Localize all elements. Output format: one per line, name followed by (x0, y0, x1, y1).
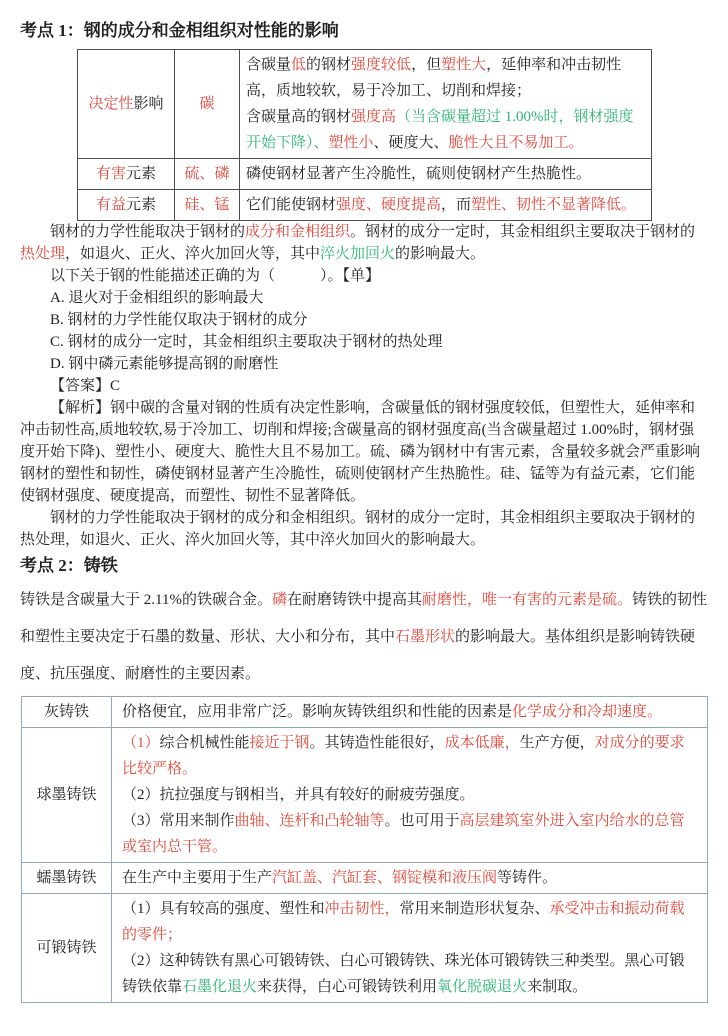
text-segment: 脆性大且不易加工。 (449, 135, 584, 151)
cast-iron-row-2: 球墨铸铁（1）综合机械性能接近于钢。其铸造性能很好，成本低廉，生产方便，对成分的… (22, 728, 708, 863)
text-segment: 含碳量高的钢材 (246, 109, 351, 125)
element-cell: 硅、锰 (175, 190, 240, 221)
text-segment: 汽缸盖、汽缸套、钢锭模和液压阀 (272, 870, 497, 886)
text-segment: 含碳量 (246, 57, 291, 73)
text-segment: 铸铁是含碳量大于 2.11%的铁碳合金。 (20, 592, 272, 608)
option-a: A. 退火对于金相组织的影响最大 (20, 287, 708, 309)
summary-paragraph: 钢材的力学性能取决于钢材的成分和金相组织。钢材的成分一定时，其金相组织主要取决于… (20, 221, 708, 265)
cast-iron-description-cell: （1）综合机械性能接近于钢。其铸造性能很好，成本低廉，生产方便，对成分的要求比较… (112, 728, 708, 863)
cast-iron-intro: 铸铁是含碳量大于 2.11%的铁碳合金。磷在耐磨铸铁中提高其耐磨性，唯一有害的元… (20, 582, 708, 693)
option-c: C. 钢材的成分一定时，其金相组织主要取决于钢材的热处理 (20, 331, 708, 353)
text-segment: 有益 (96, 197, 126, 213)
text-segment: 元素 (126, 197, 156, 213)
text-segment: 、硬度大、 (374, 135, 449, 151)
text-segment: A. 退火对于金相组织的影响最大 (50, 290, 263, 306)
steel-table-row-3: 有益元素硅、锰它们能使钢材强度、硬度提高，而塑性、韧性不显著降低。 (78, 190, 652, 221)
text-segment: 碳 (199, 96, 214, 112)
text-segment: 的钢材 (306, 57, 351, 73)
text-segment: 强度、硬度提高 (336, 197, 441, 213)
cast-iron-description-paragraph: （2）这种铸铁有黑心可锻铸铁、白心可锻铸铁、珠光体可锻铸铁三种类型。黑心可锻铸铁… (122, 948, 697, 1000)
effect-description-cell: 它们能使钢材强度、硬度提高，而塑性、韧性不显著降低。 (240, 190, 652, 221)
text-segment: C. 钢材的成分一定时，其金相组织主要取决于钢材的热处理 (50, 334, 443, 350)
effect-paragraph: 磷使钢材显著产生冷脆性，硫则使钢材产生热脆性。 (246, 161, 645, 187)
cast-iron-description-paragraph: （2）抗拉强度与钢相当，并具有较好的耐疲劳强度。 (122, 782, 697, 808)
text-segment: 石墨化退火 (182, 979, 257, 995)
analysis-paragraph: 【解析】钢中碳的含量对钢的性质有决定性影响，含碳量低的钢材强度较低，但塑性大，延… (20, 397, 708, 507)
text-segment: 。也可用于 (385, 813, 460, 829)
document-page: 考点 1：钢的成分和金相组织对性能的影响 决定性影响碳含碳量低的钢材强度较低，但… (0, 0, 728, 1036)
text-segment: 硫、磷 (184, 166, 229, 182)
text-segment: 化学成分和冷却速度。 (512, 704, 662, 720)
cast-iron-type-label: 球墨铸铁 (22, 728, 112, 863)
option-d: D. 钢中磷元素能够提高钢的耐磨性 (20, 353, 708, 375)
cast-iron-row-1: 灰铸铁价格便宜，应用非常广泛。影响灰铸铁组织和性能的因素是化学成分和冷却速度。 (22, 697, 708, 728)
effect-paragraph: 含碳量高的钢材强度高（当含碳量超过 1.00%时，钢材强度开始下降）、塑性小、硬… (246, 104, 645, 156)
text-segment: 强度较低 (351, 57, 411, 73)
steel-table-row-2: 有害元素硫、磷磷使钢材显著产生冷脆性，硫则使钢材产生热脆性。 (78, 159, 652, 190)
text-segment: （2）抗拉强度与钢相当，并具有较好的耐疲劳强度。 (122, 787, 475, 803)
influence-type-cell: 有益元素 (78, 190, 175, 221)
steel-composition-table-body: 决定性影响碳含碳量低的钢材强度较低，但塑性大，延伸率和冲击韧性高，质地较软，易于… (78, 50, 652, 221)
text-segment: 决定性 (88, 96, 133, 112)
text-segment: 钢材的力学性能取决于钢材的 (50, 224, 245, 240)
effect-description-cell: 磷使钢材显著产生冷脆性，硫则使钢材产生热脆性。 (240, 159, 652, 190)
text-segment: 钢材的力学性能取决于钢材的成分和金相组织。钢材的成分一定时，其金相组织主要取决于… (20, 510, 695, 548)
cast-iron-row-3: 蠕墨铸铁在生产中主要用于生产汽缸盖、汽缸套、钢锭模和液压阀等铸件。 (22, 863, 708, 894)
question-answer-section: 钢材的力学性能取决于钢材的成分和金相组织。钢材的成分一定时，其金相组织主要取决于… (20, 221, 708, 551)
text-segment: 在耐磨铸铁中提高其 (287, 592, 422, 608)
cast-iron-description-paragraph: 价格便宜，应用非常广泛。影响灰铸铁组织和性能的因素是化学成分和冷却速度。 (122, 699, 697, 725)
text-segment: 【答案】C (50, 378, 120, 394)
element-cell: 硫、磷 (175, 159, 240, 190)
cast-iron-description-cell: 在生产中主要用于生产汽缸盖、汽缸套、钢锭模和液压阀等铸件。 (112, 863, 708, 894)
text-segment: 热处理 (20, 246, 65, 262)
effect-description-cell: 含碳量低的钢材强度较低，但塑性大，延伸率和冲击韧性高，质地较软，易于冷加工、切削… (240, 50, 652, 159)
answer-line: 【答案】C (20, 375, 708, 397)
effect-paragraph: 含碳量低的钢材强度较低，但塑性大，延伸率和冲击韧性高，质地较软，易于冷加工、切削… (246, 52, 645, 104)
element-cell: 碳 (175, 50, 240, 159)
exam-point-2-heading: 考点 2：铸铁 (20, 555, 708, 577)
cast-iron-description-cell: 价格便宜，应用非常广泛。影响灰铸铁组织和性能的因素是化学成分和冷却速度。 (112, 697, 708, 728)
text-segment: 的影响最大。 (395, 246, 485, 262)
cast-iron-row-4: 可锻铸铁（1）具有较高的强度、塑性和冲击韧性，常用来制造形状复杂、承受冲击和振动… (22, 894, 708, 1003)
steel-table-row-1: 决定性影响碳含碳量低的钢材强度较低，但塑性大，延伸率和冲击韧性高，质地较软，易于… (78, 50, 652, 159)
text-segment: 塑性大 (441, 57, 486, 73)
influence-type-cell: 有害元素 (78, 159, 175, 190)
effect-paragraph: 它们能使钢材强度、硬度提高，而塑性、韧性不显著降低。 (246, 192, 645, 218)
cast-iron-type-label: 可锻铸铁 (22, 894, 112, 1003)
text-segment: 来制取。 (527, 979, 587, 995)
cast-iron-description-paragraph: （1）综合机械性能接近于钢。其铸造性能很好，成本低廉，生产方便，对成分的要求比较… (122, 730, 697, 782)
text-segment: ，如退火、正火、淬火加回火等，其中 (65, 246, 320, 262)
text-segment: 强度高 (351, 109, 396, 125)
text-segment: 硅、锰 (184, 197, 229, 213)
text-segment: B. 钢材的力学性能仅取决于钢材的成分 (50, 312, 308, 328)
text-segment: 塑性小 (329, 135, 374, 151)
cast-iron-intro-paragraph: 铸铁是含碳量大于 2.11%的铁碳合金。磷在耐磨铸铁中提高其耐磨性，唯一有害的元… (20, 582, 708, 693)
text-segment: 耐磨性，唯一有害的元素是硫。 (422, 592, 632, 608)
text-segment: 。钢材的成分一定时，其金相组织主要取决于钢材的 (350, 224, 695, 240)
text-segment: 塑性、韧性不显著降低。 (471, 197, 636, 213)
cast-iron-table-body: 灰铸铁价格便宜，应用非常广泛。影响灰铸铁组织和性能的因素是化学成分和冷却速度。球… (22, 697, 708, 1003)
text-segment: 石墨形状 (395, 629, 455, 645)
text-segment: 它们能使钢材 (246, 197, 336, 213)
text-segment: 氧化脱碳退火 (437, 979, 527, 995)
text-segment: 成分和金相组织 (245, 224, 350, 240)
exam-point-1-heading: 考点 1：钢的成分和金相组织对性能的影响 (20, 20, 708, 42)
cast-iron-description-paragraph: 在生产中主要用于生产汽缸盖、汽缸套、钢锭模和液压阀等铸件。 (122, 865, 697, 891)
text-segment: 低 (291, 57, 306, 73)
text-segment: 磷 (272, 592, 287, 608)
text-segment: 元素 (126, 166, 156, 182)
text-segment: 常用来制造形状复杂、 (400, 901, 550, 917)
cast-iron-table: 灰铸铁价格便宜，应用非常广泛。影响灰铸铁组织和性能的因素是化学成分和冷却速度。球… (21, 696, 708, 1003)
text-segment: 冲击韧性， (325, 901, 400, 917)
text-segment: 。其铸造性能很好， (310, 735, 445, 751)
cast-iron-type-label: 蠕墨铸铁 (22, 863, 112, 894)
text-segment: 生产方便， (520, 735, 595, 751)
text-segment: ，而 (441, 197, 471, 213)
text-segment: 磷使钢材显著产生冷脆性，硫则使钢材产生热脆性。 (246, 166, 591, 182)
text-segment: ，但 (411, 57, 441, 73)
cast-iron-description-paragraph: （3）常用来制作曲轴、连杆和凸轮轴等。也可用于高层建筑室外进入室内给水的总管或室… (122, 808, 697, 860)
cast-iron-type-label: 灰铸铁 (22, 697, 112, 728)
influence-type-cell: 决定性影响 (78, 50, 175, 159)
steel-composition-table: 决定性影响碳含碳量低的钢材强度较低，但塑性大，延伸率和冲击韧性高，质地较软，易于… (77, 49, 652, 221)
text-segment: 曲轴、连杆和凸轮轴等 (235, 813, 385, 829)
text-segment: 成本低廉， (445, 735, 520, 751)
text-segment: D. 钢中磷元素能够提高钢的耐磨性 (50, 356, 278, 372)
text-segment: 淬火加回火 (320, 246, 395, 262)
text-segment: 等铸件。 (497, 870, 557, 886)
text-segment: 来获得，白心可锻铸铁利用 (257, 979, 437, 995)
text-segment: （1） (122, 735, 160, 751)
question-stem: 以下关于钢的性能描述正确的为（ ）。【单】 (20, 265, 708, 287)
cast-iron-description-cell: （1）具有较高的强度、塑性和冲击韧性，常用来制造形状复杂、承受冲击和振动荷载的零… (112, 894, 708, 1003)
text-segment: 在生产中主要用于生产 (122, 870, 272, 886)
text-segment: （1）具有较高的强度、塑性和 (122, 901, 325, 917)
option-b: B. 钢材的力学性能仅取决于钢材的成分 (20, 309, 708, 331)
text-segment: 影响 (134, 96, 164, 112)
text-segment: 【解析】钢中碳的含量对钢的性质有决定性影响，含碳量低的钢材强度较低，但塑性大，延… (20, 400, 700, 504)
text-segment: 综合机械性能 (160, 735, 250, 751)
text-segment: 有害 (96, 166, 126, 182)
summary-paragraph-repeat: 钢材的力学性能取决于钢材的成分和金相组织。钢材的成分一定时，其金相组织主要取决于… (20, 507, 708, 551)
text-segment: 价格便宜，应用非常广泛。影响灰铸铁组织和性能的因素是 (122, 704, 512, 720)
text-segment: 以下关于钢的性能描述正确的为（ ）。【单】 (50, 268, 380, 284)
text-segment: 接近于钢 (250, 735, 310, 751)
text-segment: （3）常用来制作 (122, 813, 235, 829)
cast-iron-description-paragraph: （1）具有较高的强度、塑性和冲击韧性，常用来制造形状复杂、承受冲击和振动荷载的零… (122, 896, 697, 948)
